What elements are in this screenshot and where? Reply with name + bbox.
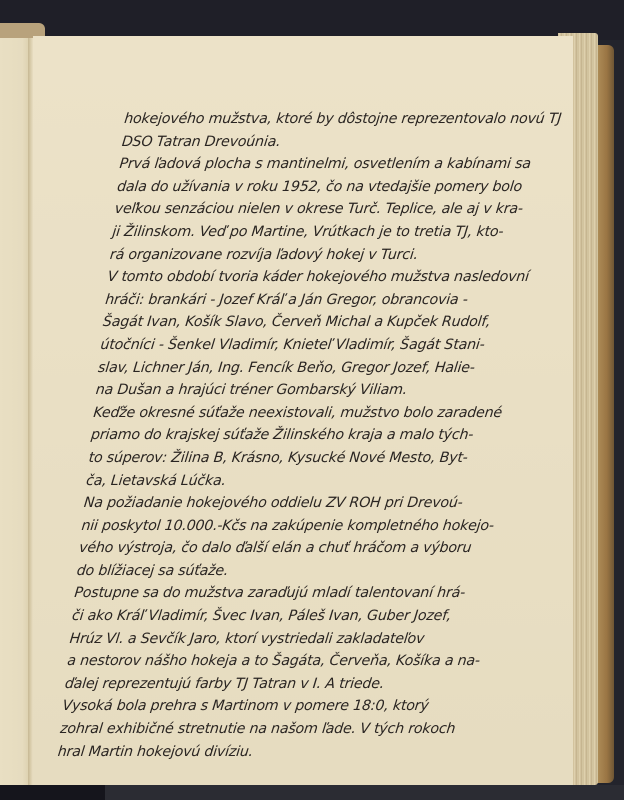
text-line: Hrúz Vl. a Sevčík Jaro, ktorí vystriedal…: [68, 628, 540, 651]
text-line: či ako Kráľ Vladimír, Švec Ivan, Páleš I…: [71, 605, 543, 628]
text-line: útočníci - Šenkel Vladimír, Knieteľ Vlad…: [99, 334, 571, 357]
text-line: slav, Lichner Ján, Ing. Fencík Beňo, Gre…: [97, 357, 569, 380]
text-line: Na požiadanie hokejového oddielu ZV ROH …: [83, 492, 555, 515]
text-line: priamo do krajskej súťaže Žilinského kra…: [90, 424, 562, 447]
text-line: Šagát Ivan, Košík Slavo, Červeň Michal a…: [102, 311, 574, 334]
book-cover-edge: [596, 45, 614, 783]
right-page: hokejového mužstva, ktoré by dôstojne re…: [33, 36, 573, 785]
text-line: hokejového mužstva, ktoré by dôstojne re…: [123, 108, 595, 131]
text-line: Keďže okresné súťaže neexistovali, mužst…: [92, 402, 564, 425]
text-line: V tomto období tvoria káder hokejového m…: [106, 266, 578, 289]
text-line: DSO Tatran Drevoúnia.: [121, 131, 593, 154]
text-line: Vysoká bola prehra s Martinom v pomere 1…: [61, 695, 533, 718]
text-line: Postupne sa do mužstva zaraďujú mladí ta…: [73, 582, 545, 605]
text-line: ji Žilinskom. Veď po Martine, Vrútkach j…: [111, 221, 583, 244]
text-line: to súperov: Žilina B, Krásno, Kysucké No…: [87, 447, 559, 470]
text-line: rá organizovane rozvíja ľadový hokej v T…: [109, 244, 581, 267]
background-top: [0, 0, 624, 40]
text-line: ča, Lietavská Lúčka.: [85, 470, 557, 493]
background-bottom: [105, 785, 624, 800]
text-line: na Dušan a hrajúci tréner Gombarský Vili…: [95, 379, 567, 402]
text-line: vého výstroja, čo dalo ďalší elán a chuť…: [78, 537, 550, 560]
background-bottom: [0, 785, 105, 800]
text-line: a nestorov nášho hokeja a to Šagáta, Čer…: [66, 650, 538, 673]
text-line: veľkou senzáciou nielen v okrese Turč. T…: [114, 198, 586, 221]
handwritten-text: hokejového mužstva, ktoré by dôstojne re…: [57, 108, 596, 763]
text-line: nii poskytol 10.000.-Kčs na zakúpenie ko…: [80, 515, 552, 538]
text-line: zohral exhibičné stretnutie na našom ľad…: [59, 718, 531, 741]
text-line: dala do užívania v roku 1952, čo na vted…: [116, 176, 588, 199]
text-line: hral Martin hokejovú divíziu.: [57, 741, 529, 764]
text-line: hráči: brankári - Jozef Kráľ a Ján Grego…: [104, 289, 576, 312]
text-line: Prvá ľadová plocha s mantinelmi, osvetle…: [118, 153, 590, 176]
text-line: do blížiacej sa súťaže.: [76, 560, 548, 583]
text-line: ďalej reprezentujú farby TJ Tatran v I. …: [64, 673, 536, 696]
